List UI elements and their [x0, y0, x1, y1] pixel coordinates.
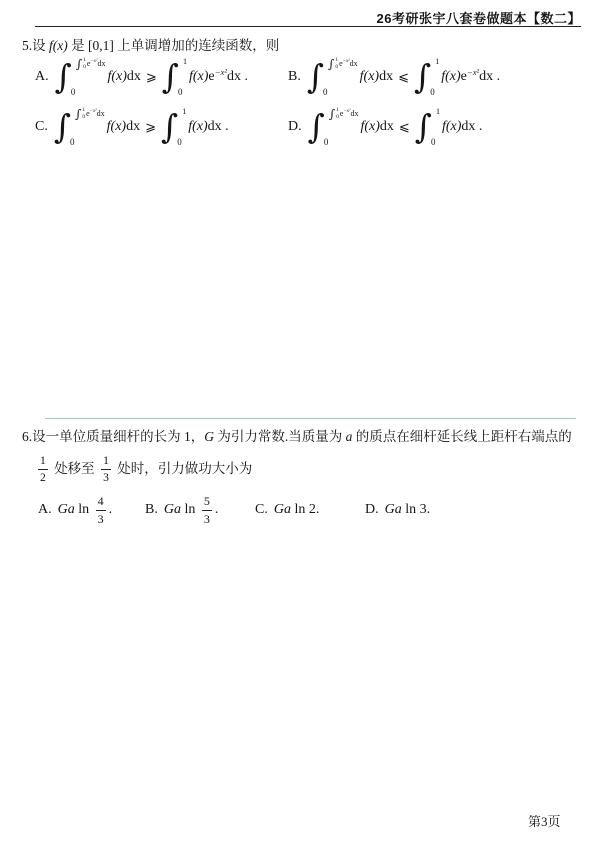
integral-upper-limit: 1 — [435, 57, 439, 67]
integral-lower-limit: 0 — [335, 65, 338, 71]
integral-lower-limit: 0 — [178, 88, 187, 97]
question-6-stem-line2: 12 处移至 13 处时，引力做功大小为 — [35, 451, 252, 487]
denominator: 3 — [204, 511, 210, 525]
integral: ∫∫10e−x²dx0 — [308, 105, 359, 149]
math-variable: Ga — [164, 501, 181, 519]
integral-limits: ∫10e−x²dx0 — [326, 107, 359, 147]
integral-lower-limit: 0 — [323, 88, 358, 97]
small-integral: ∫10 — [329, 107, 339, 121]
relation-symbol: ⩽ — [399, 120, 410, 135]
math-text: 1 — [436, 107, 440, 117]
math-text: dx . — [227, 68, 248, 86]
option-formula: ∫∫10e−x²dx0f(x)dx⩾∫10f(x)dx . — [54, 105, 229, 149]
small-integral: ∫10 — [76, 57, 86, 71]
math-variable: a — [346, 429, 353, 446]
integral-upper-limit: ∫10e−x²dx — [75, 107, 105, 121]
superscript: −x² — [343, 109, 350, 115]
integral-limits: 10 — [83, 58, 86, 71]
integral: ∫10 — [414, 55, 439, 99]
integral-upper-limit: 1 — [82, 108, 85, 114]
integral-limits: ∫10e−x²dx0 — [72, 107, 105, 147]
math-variable: f(x) — [360, 68, 379, 86]
integral-limits: 10 — [180, 57, 187, 97]
math-text: 1 — [182, 107, 186, 117]
math-text: ln 3. — [402, 501, 430, 519]
integral: ∫10 — [162, 55, 187, 99]
integral-sign: ∫ — [161, 106, 178, 148]
integral-upper-limit: ∫10e−x²dx — [329, 107, 359, 121]
integral-limits: 10 — [336, 108, 339, 121]
math-text: ln 2. — [291, 501, 319, 519]
integral-sign: ∫ — [76, 58, 82, 71]
integral: ∫10 — [415, 105, 440, 149]
integral-sign: ∫ — [329, 108, 335, 121]
relation-symbol: ⩽ — [398, 70, 409, 85]
relation-symbol: ⩾ — [146, 70, 157, 85]
integral: ∫∫10e−x²dx0 — [307, 55, 358, 99]
option-formula: ∫∫10e−x²dx0f(x)dx⩾∫10f(x)e−x²dx . — [55, 55, 248, 99]
integral-limits: ∫10e−x²dx0 — [73, 57, 106, 97]
superscript: −x² — [215, 67, 227, 78]
superscript: −x² — [343, 59, 350, 65]
question-5-option-c: C. ∫∫10e−x²dx0f(x)dx⩾∫10f(x)dx . — [35, 103, 229, 151]
math-text: 处移至 — [51, 461, 98, 478]
integral-sign: ∫ — [415, 106, 432, 148]
integral-sign: ∫ — [307, 56, 324, 98]
math-variable: Ga — [385, 501, 402, 519]
integral-lower-limit: 0 — [336, 115, 339, 121]
integral-lower-limit: 0 — [82, 115, 85, 121]
integral-limits: 10 — [335, 58, 338, 71]
denominator: 3 — [98, 511, 104, 525]
fraction: 12 — [38, 455, 48, 483]
question-5-option-d: D. ∫∫10e−x²dx0f(x)dx⩽∫10f(x)dx . — [288, 103, 482, 151]
question-5-option-b: B. ∫∫10e−x²dx0f(x)dx⩽∫10f(x)e−x²dx . — [288, 53, 500, 101]
question-6-option-d: D. Ga ln 3. — [365, 490, 430, 530]
integral: ∫∫10e−x²dx0 — [54, 105, 105, 149]
math-variable: f(x) — [189, 68, 208, 86]
math-variable: f(x) — [188, 118, 207, 136]
math-variable: f(x) — [49, 38, 68, 55]
integral-limits: ∫10e−x²dx0 — [325, 57, 358, 97]
math-text: 1 — [435, 57, 439, 67]
numerator: 1 — [101, 455, 111, 470]
option-formula: Ga ln 53. — [164, 495, 219, 524]
question-6-option-c: C. Ga ln 2. — [255, 490, 319, 530]
question-6-option-a: A. Ga ln 43. — [38, 490, 112, 530]
question-6-option-b: B. Ga ln 53. — [145, 490, 218, 530]
fraction: 43 — [96, 495, 106, 524]
integral-lower-limit: 0 — [70, 138, 105, 147]
integral-limits: 10 — [82, 108, 85, 121]
option-label: A. — [38, 502, 52, 518]
superscript: −x² — [90, 59, 97, 65]
math-text: 6.设一单位质量细杆的长为 1， — [22, 429, 204, 446]
integral-limits: 10 — [432, 57, 439, 97]
integral-upper-limit: 1 — [182, 107, 186, 117]
option-label: B. — [288, 69, 301, 85]
integral-sign: ∫ — [414, 56, 431, 98]
math-text: ln — [75, 501, 93, 519]
math-variable: f(x) — [360, 118, 379, 136]
integral-lower-limit: 0 — [324, 138, 359, 147]
option-formula: ∫∫10e−x²dx0f(x)dx⩽∫10f(x)dx . — [308, 105, 483, 149]
math-text: 的质点在细杆延长线上距杆右端点的 — [352, 429, 571, 446]
math-variable: f(x) — [441, 68, 460, 86]
option-formula: Ga ln 3. — [385, 501, 431, 519]
integral-upper-limit: 1 — [183, 57, 187, 67]
math-text: dx — [127, 68, 141, 86]
numerator: 4 — [96, 495, 106, 510]
integral-sign: ∫ — [328, 58, 334, 71]
option-formula: ∫∫10e−x²dx0f(x)dx⩽∫10f(x)e−x²dx . — [307, 55, 500, 99]
superscript: −x² — [90, 109, 97, 115]
math-text: . — [215, 501, 219, 519]
math-text: 是 [0,1] 上单调增加的连续函数，则 — [68, 38, 280, 55]
integral-limits: 10 — [179, 107, 186, 147]
option-label: B. — [145, 502, 158, 518]
integral-limits: 10 — [433, 107, 440, 147]
question-6-stem-line1: 6.设一单位质量细杆的长为 1，G 为引力常数.当质量为 a 的质点在细杆延长线… — [22, 428, 572, 446]
option-label: D. — [288, 119, 302, 135]
integral-lower-limit: 0 — [71, 88, 106, 97]
math-variable: f(x) — [442, 118, 461, 136]
numerator: 1 — [38, 455, 48, 470]
integral-sign: ∫ — [55, 56, 72, 98]
integral-sign: ∫ — [75, 108, 81, 121]
integral: ∫∫10e−x²dx0 — [55, 55, 106, 99]
math-text: ln — [181, 501, 199, 519]
math-text: dx . — [461, 118, 482, 136]
section-divider — [45, 418, 576, 419]
math-text: 1 — [183, 57, 187, 67]
fraction: 53 — [202, 495, 212, 524]
small-integral: ∫10 — [328, 57, 338, 71]
math-text: dx — [97, 109, 105, 119]
integral-sign: ∫ — [308, 106, 325, 148]
header-rule — [35, 26, 581, 27]
integral-upper-limit: ∫10e−x²dx — [76, 57, 106, 71]
math-variable: Ga — [274, 501, 291, 519]
integral-lower-limit: 0 — [430, 88, 439, 97]
integral-lower-limit: 0 — [177, 138, 186, 147]
integral-upper-limit: 1 — [83, 58, 86, 64]
math-text: . — [109, 501, 113, 519]
option-label: D. — [365, 502, 379, 518]
math-variable: f(x) — [107, 68, 126, 86]
numerator: 5 — [202, 495, 212, 510]
math-variable: f(x) — [107, 118, 126, 136]
integral-sign: ∫ — [54, 106, 71, 148]
page-header-title: 26考研张宇八套卷做题本【数二】 — [377, 8, 581, 27]
integral-upper-limit: 1 — [336, 108, 339, 114]
math-text: dx — [126, 118, 140, 136]
question-5-option-a: A. ∫∫10e−x²dx0f(x)dx⩾∫10f(x)e−x²dx . — [35, 53, 248, 101]
document-page: 26考研张宇八套卷做题本【数二】 5.设 f(x) 是 [0,1] 上单调增加的… — [0, 0, 596, 842]
math-variable: G — [204, 429, 214, 446]
math-text: 处时，引力做功大小为 — [114, 461, 252, 478]
integral: ∫10 — [161, 105, 186, 149]
integral-sign: ∫ — [162, 56, 179, 98]
relation-symbol: ⩾ — [145, 120, 156, 135]
option-label: A. — [35, 69, 49, 85]
math-text: dx — [350, 109, 358, 119]
math-text: dx — [380, 118, 394, 136]
math-text: dx . — [208, 118, 229, 136]
denominator: 2 — [40, 470, 46, 484]
option-formula: Ga ln 43. — [58, 495, 113, 524]
math-text: dx — [350, 59, 358, 69]
page-number: 第3页 — [528, 811, 561, 830]
denominator: 3 — [103, 470, 109, 484]
integral-lower-limit: 0 — [431, 138, 440, 147]
math-text: dx — [97, 59, 105, 69]
fraction: 13 — [101, 455, 111, 483]
option-formula: Ga ln 2. — [274, 501, 320, 519]
integral-upper-limit: 1 — [335, 58, 338, 64]
integral-upper-limit: ∫10e−x²dx — [328, 57, 358, 71]
superscript: −x² — [467, 67, 479, 78]
math-text: 为引力常数.当质量为 — [214, 429, 346, 446]
integral-lower-limit: 0 — [83, 65, 86, 71]
math-text: 5.设 — [22, 38, 49, 55]
option-label: C. — [35, 119, 48, 135]
math-text: dx — [379, 68, 393, 86]
option-label: C. — [255, 502, 268, 518]
small-integral: ∫10 — [75, 107, 85, 121]
math-variable: Ga — [58, 501, 75, 519]
integral-upper-limit: 1 — [436, 107, 440, 117]
math-text: dx . — [479, 68, 500, 86]
